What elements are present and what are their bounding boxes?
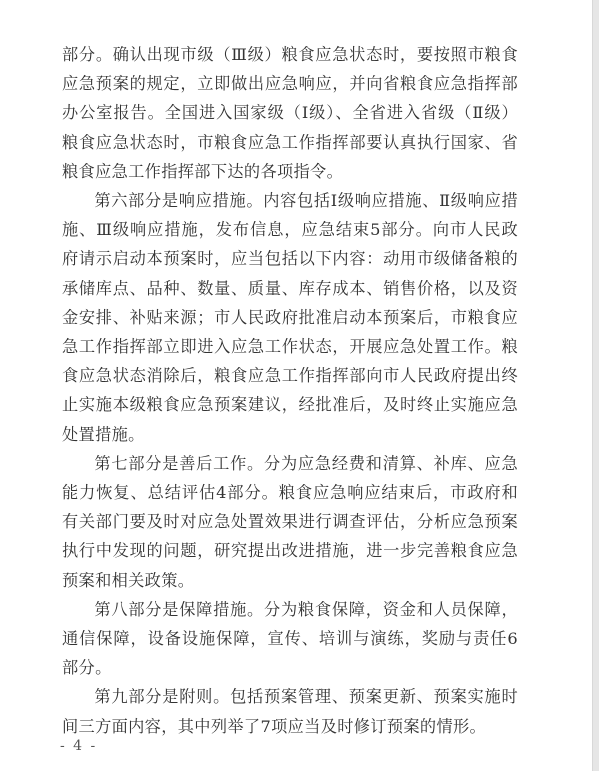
document-page: 部分。确认出现市级（Ⅲ级）粮食应急状态时，要按照市粮食应急预案的规定，立即做出应…	[0, 0, 593, 771]
page-number: - 4 -	[60, 738, 97, 754]
paragraph-part-eight: 第八部分是保障措施。分为粮食保障，资金和人员保障，通信保障，设备设施保障，宣传、…	[62, 595, 518, 683]
paragraph-part-nine: 第九部分是附则。包括预案管理、预案更新、预案实施时间三方面内容，其中列举了7项应…	[62, 682, 518, 740]
paragraph-part-seven: 第七部分是善后工作。分为应急经费和清算、补库、应急能力恢复、总结评估4部分。粮食…	[62, 449, 518, 595]
paragraph-continuation: 部分。确认出现市级（Ⅲ级）粮食应急状态时，要按照市粮食应急预案的规定，立即做出应…	[62, 40, 518, 186]
paragraph-part-six: 第六部分是响应措施。内容包括Ⅰ级响应措施、Ⅱ级响应措施、Ⅲ级响应措施，发布信息，…	[62, 186, 518, 449]
document-body: 部分。确认出现市级（Ⅲ级）粮食应急状态时，要按照市粮食应急预案的规定，立即做出应…	[62, 40, 518, 741]
